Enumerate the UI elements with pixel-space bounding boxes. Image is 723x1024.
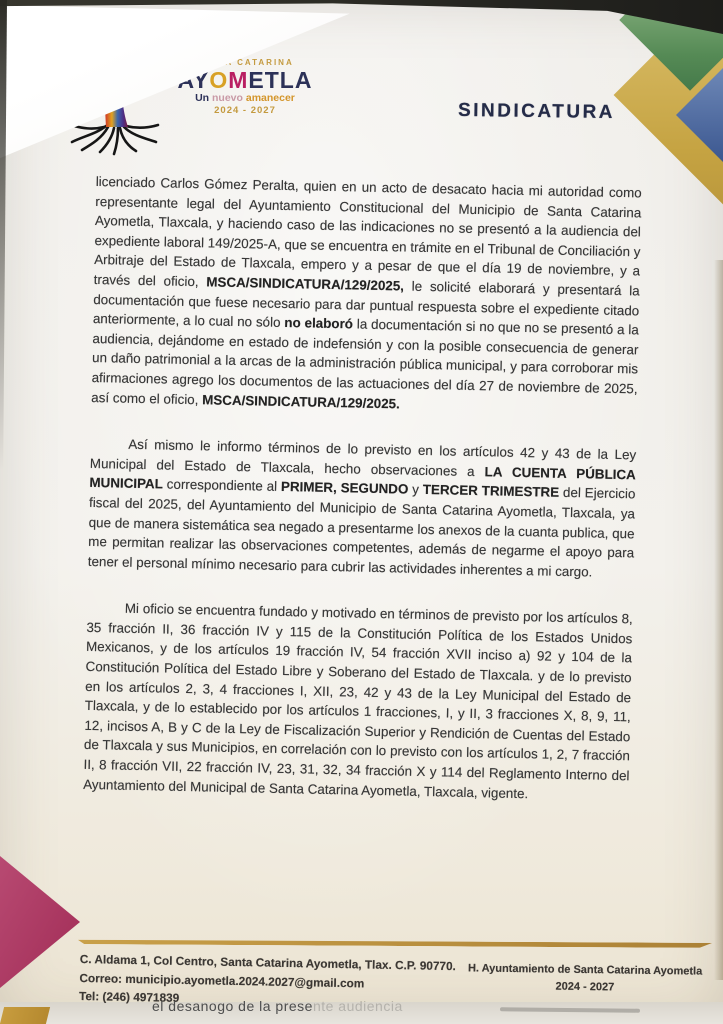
logo-tagline: Un nuevo amanecer [145, 92, 345, 104]
body-paragraph-3: Mi oficio se encuentra fundado y motivad… [83, 598, 633, 805]
document-body: licenciado Carlos Gómez Peralta, quien e… [83, 172, 642, 806]
scanned-document-page: SANTA CATARINA AYOMETLA Un nuevo amanece… [0, 0, 723, 1024]
page-title: SINDICATURA [458, 100, 615, 124]
corner-decoration-magenta-triangle [0, 856, 80, 988]
scan-edge-left [0, 0, 7, 470]
logo-period: 2024 - 2027 [145, 105, 345, 116]
body-paragraph-2: Así mismo le informo términos de lo prev… [88, 434, 637, 583]
footer-entity-block: H. Ayuntamiento de Santa Catarina Ayomet… [455, 960, 715, 998]
underlying-sheet-gold-strip [0, 1007, 50, 1024]
paper-edge-shadow [714, 260, 723, 980]
footer-divider-line [78, 939, 712, 948]
footer-entity-name: H. Ayuntamiento de Santa Catarina Ayomet… [455, 960, 715, 981]
body-paragraph-1: licenciado Carlos Gómez Peralta, quien e… [91, 172, 642, 419]
next-page-bleed-text: el desanogo de la presente audiencia [152, 998, 403, 1014]
